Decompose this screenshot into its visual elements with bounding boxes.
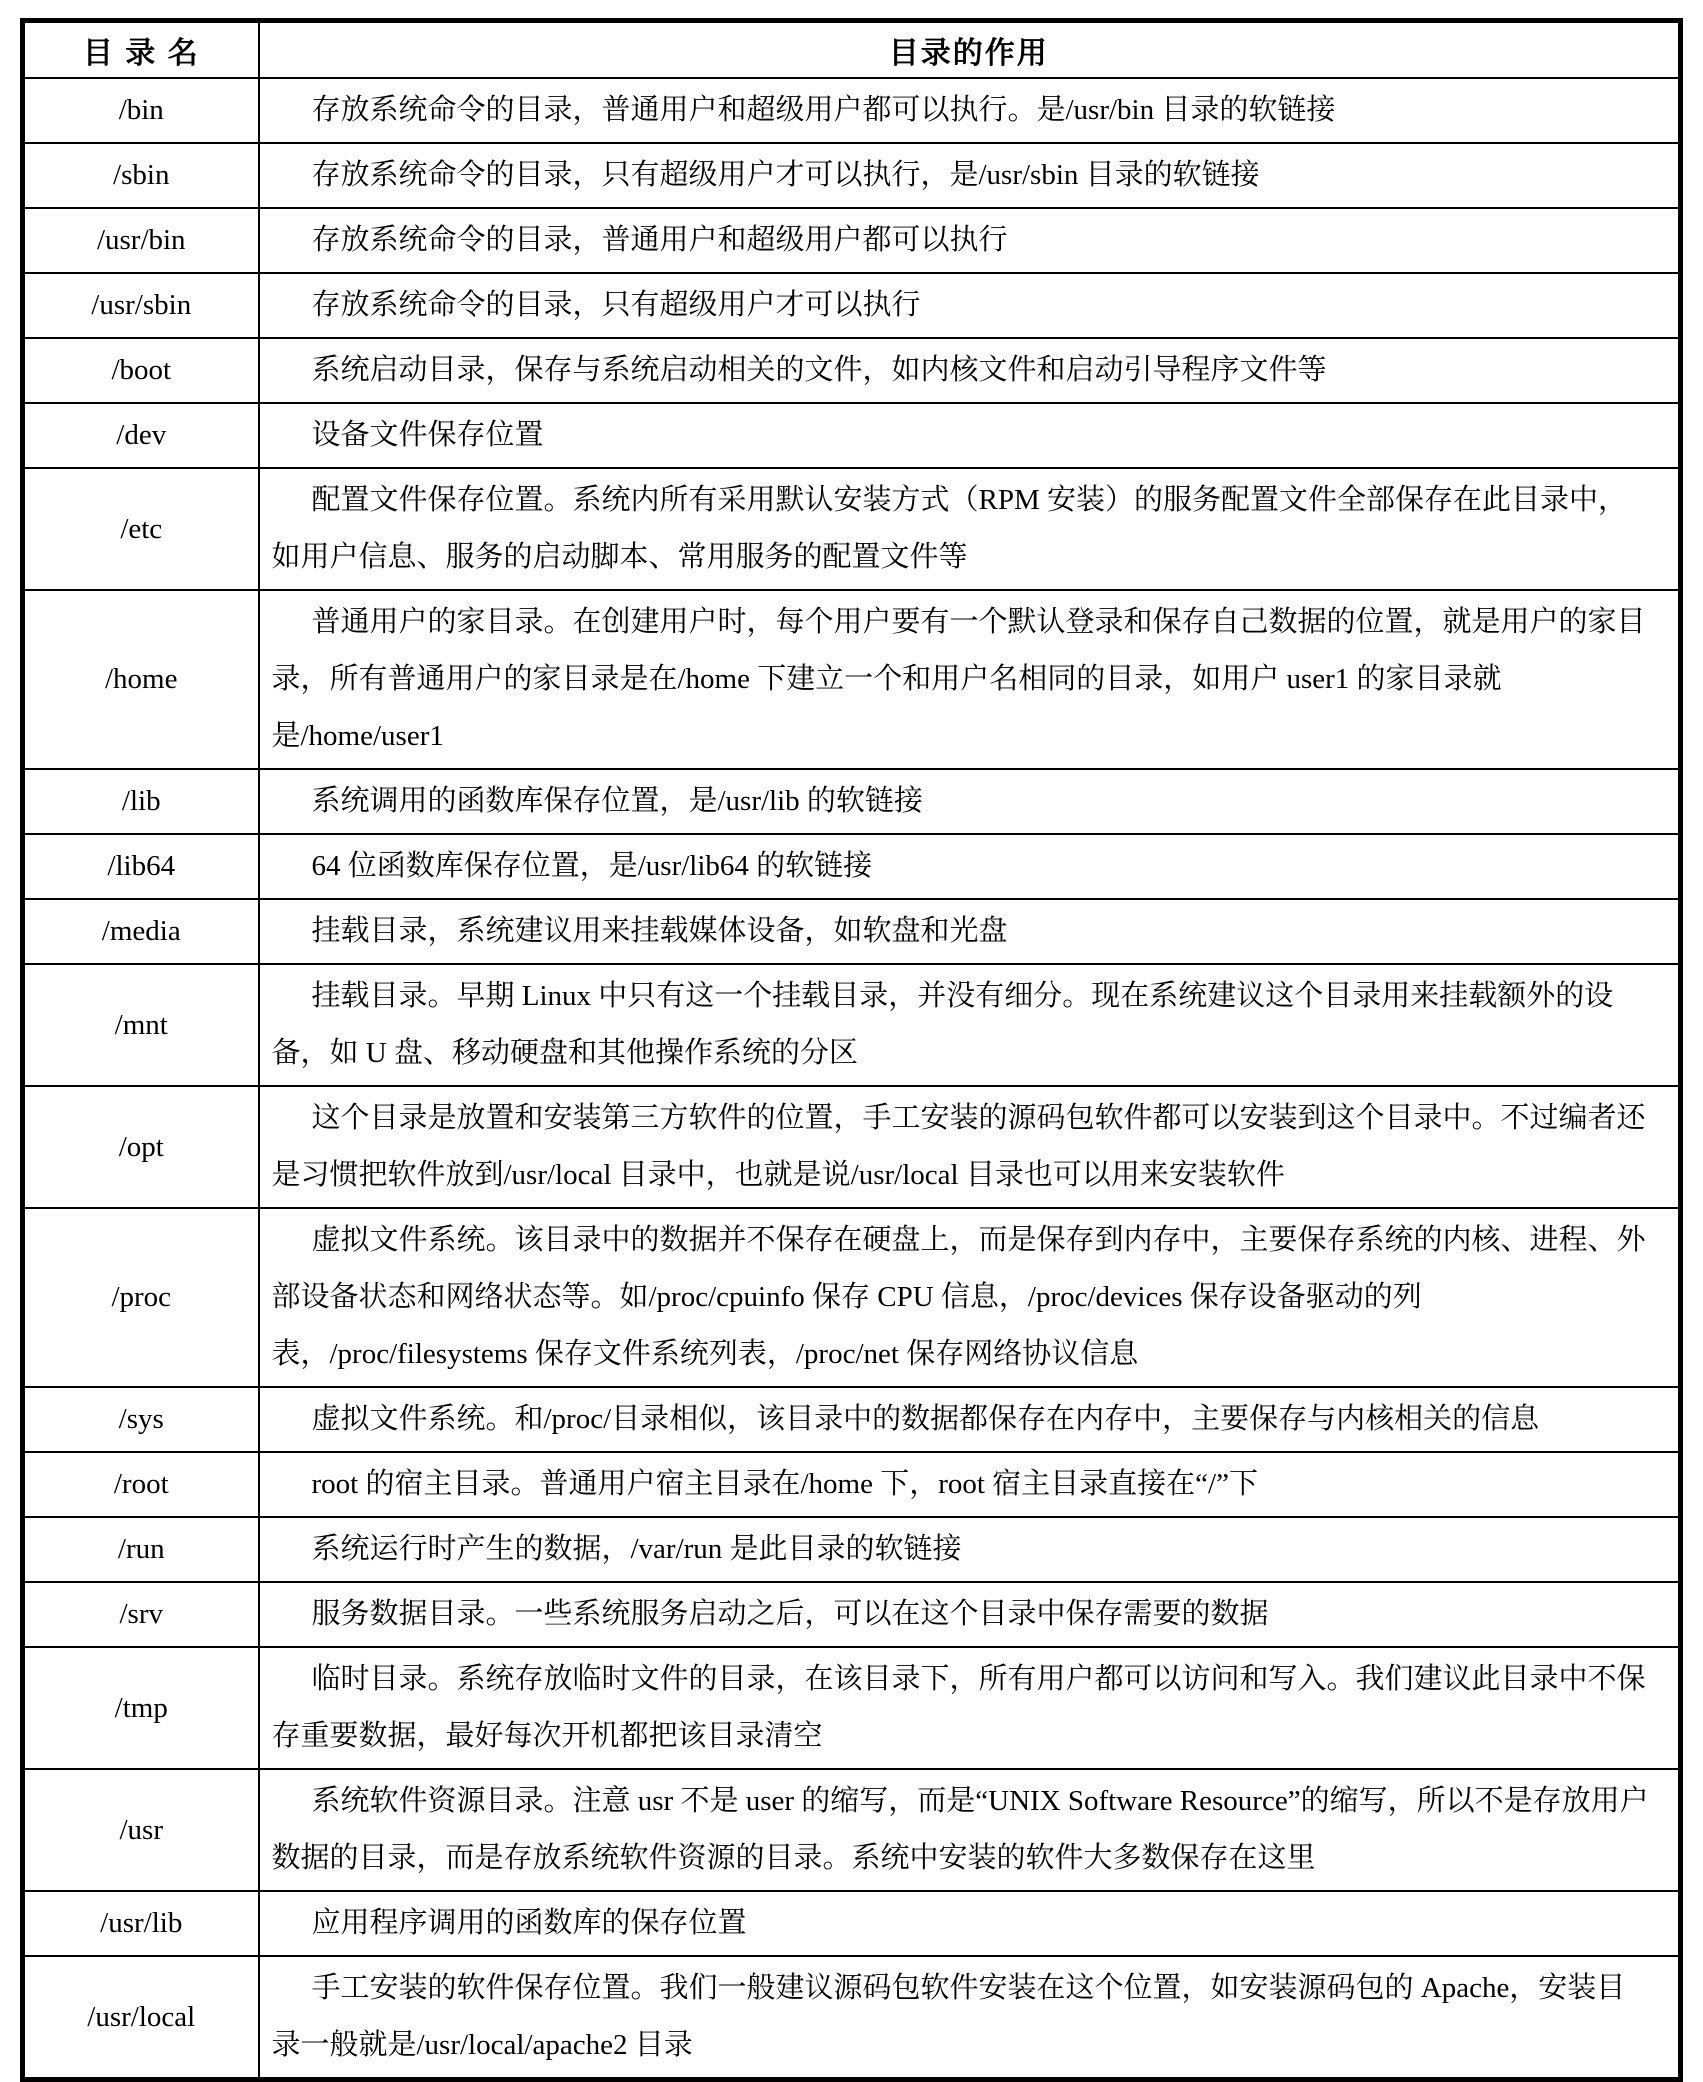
directory-desc-cell: 服务数据目录。一些系统服务启动之后，可以在这个目录中保存需要的数据 <box>259 1582 1681 1647</box>
directory-desc-cell: 64 位函数库保存位置，是/usr/lib64 的软链接 <box>259 834 1681 899</box>
directory-name-cell: /opt <box>23 1086 259 1208</box>
directory-name-cell: /usr/lib <box>23 1891 259 1956</box>
directory-desc-cell: 系统运行时产生的数据，/var/run 是此目录的软链接 <box>259 1517 1681 1582</box>
table-row: /run 系统运行时产生的数据，/var/run 是此目录的软链接 <box>23 1517 1681 1582</box>
directory-desc-cell: 这个目录是放置和安装第三方软件的位置，手工安装的源码包软件都可以安装到这个目录中… <box>259 1086 1681 1208</box>
directory-desc-cell: 手工安装的软件保存位置。我们一般建议源码包软件安装在这个位置，如安装源码包的 A… <box>259 1956 1681 2080</box>
directory-name-cell: /srv <box>23 1582 259 1647</box>
directory-desc-cell: 存放系统命令的目录，普通用户和超级用户都可以执行。是/usr/bin 目录的软链… <box>259 78 1681 143</box>
directory-name-cell: /usr/bin <box>23 208 259 273</box>
table-row: /tmp 临时目录。系统存放临时文件的目录，在该目录下，所有用户都可以访问和写入… <box>23 1647 1681 1769</box>
table-row: /usr/bin 存放系统命令的目录，普通用户和超级用户都可以执行 <box>23 208 1681 273</box>
table-row: /usr/local 手工安装的软件保存位置。我们一般建议源码包软件安装在这个位… <box>23 1956 1681 2080</box>
directory-name-cell: /usr/sbin <box>23 273 259 338</box>
directory-desc-cell: 虚拟文件系统。该目录中的数据并不保存在硬盘上，而是保存到内存中，主要保存系统的内… <box>259 1208 1681 1387</box>
directory-name-cell: /tmp <box>23 1647 259 1769</box>
directory-name-cell: /usr/local <box>23 1956 259 2080</box>
directory-name-cell: /bin <box>23 78 259 143</box>
directory-name-cell: /lib64 <box>23 834 259 899</box>
directory-desc-cell: 应用程序调用的函数库的保存位置 <box>259 1891 1681 1956</box>
table-row: /root root 的宿主目录。普通用户宿主目录在/home 下，root 宿… <box>23 1452 1681 1517</box>
document-page: 目 录 名 目录的作用 /bin 存放系统命令的目录，普通用户和超级用户都可以执… <box>0 0 1703 2048</box>
table-row: /proc 虚拟文件系统。该目录中的数据并不保存在硬盘上，而是保存到内存中，主要… <box>23 1208 1681 1387</box>
directory-name-cell: /mnt <box>23 964 259 1086</box>
table-row: /media 挂载目录，系统建议用来挂载媒体设备，如软盘和光盘 <box>23 899 1681 964</box>
table-row: /lib64 64 位函数库保存位置，是/usr/lib64 的软链接 <box>23 834 1681 899</box>
directory-name-cell: /home <box>23 590 259 769</box>
column-header-directory-purpose: 目录的作用 <box>259 21 1681 79</box>
directory-desc-cell: 配置文件保存位置。系统内所有采用默认安装方式（RPM 安装）的服务配置文件全部保… <box>259 468 1681 590</box>
table-row: /srv 服务数据目录。一些系统服务启动之后，可以在这个目录中保存需要的数据 <box>23 1582 1681 1647</box>
directory-desc-cell: 设备文件保存位置 <box>259 403 1681 468</box>
header-row: 目 录 名 目录的作用 <box>23 21 1681 79</box>
directory-desc-cell: 临时目录。系统存放临时文件的目录，在该目录下，所有用户都可以访问和写入。我们建议… <box>259 1647 1681 1769</box>
table-row: /etc 配置文件保存位置。系统内所有采用默认安装方式（RPM 安装）的服务配置… <box>23 468 1681 590</box>
table-row: /lib 系统调用的函数库保存位置，是/usr/lib 的软链接 <box>23 769 1681 834</box>
directory-name-cell: /run <box>23 1517 259 1582</box>
table-row: /usr/lib 应用程序调用的函数库的保存位置 <box>23 1891 1681 1956</box>
directory-desc-cell: 挂载目录。早期 Linux 中只有这一个挂载目录，并没有细分。现在系统建议这个目… <box>259 964 1681 1086</box>
table-row: /mnt 挂载目录。早期 Linux 中只有这一个挂载目录，并没有细分。现在系统… <box>23 964 1681 1086</box>
table-row: /bin 存放系统命令的目录，普通用户和超级用户都可以执行。是/usr/bin … <box>23 78 1681 143</box>
table-row: /boot 系统启动目录，保存与系统启动相关的文件，如内核文件和启动引导程序文件… <box>23 338 1681 403</box>
directory-desc-cell: 存放系统命令的目录，只有超级用户才可以执行 <box>259 273 1681 338</box>
directory-name-cell: /proc <box>23 1208 259 1387</box>
table-row: /usr 系统软件资源目录。注意 usr 不是 user 的缩写，而是“UNIX… <box>23 1769 1681 1891</box>
table-row: /usr/sbin 存放系统命令的目录，只有超级用户才可以执行 <box>23 273 1681 338</box>
directory-desc-cell: 普通用户的家目录。在创建用户时，每个用户要有一个默认登录和保存自己数据的位置，就… <box>259 590 1681 769</box>
directory-name-cell: /usr <box>23 1769 259 1891</box>
directory-desc-cell: 系统调用的函数库保存位置，是/usr/lib 的软链接 <box>259 769 1681 834</box>
table-row: /home 普通用户的家目录。在创建用户时，每个用户要有一个默认登录和保存自己数… <box>23 590 1681 769</box>
directory-name-cell: /sbin <box>23 143 259 208</box>
directory-desc-cell: 系统软件资源目录。注意 usr 不是 user 的缩写，而是“UNIX Soft… <box>259 1769 1681 1891</box>
table-row: /opt 这个目录是放置和安装第三方软件的位置，手工安装的源码包软件都可以安装到… <box>23 1086 1681 1208</box>
column-header-directory-name: 目 录 名 <box>23 21 259 79</box>
directory-table: 目 录 名 目录的作用 /bin 存放系统命令的目录，普通用户和超级用户都可以执… <box>20 18 1683 2082</box>
directory-desc-cell: 存放系统命令的目录，只有超级用户才可以执行，是/usr/sbin 目录的软链接 <box>259 143 1681 208</box>
directory-desc-cell: 系统启动目录，保存与系统启动相关的文件，如内核文件和启动引导程序文件等 <box>259 338 1681 403</box>
directory-name-cell: /dev <box>23 403 259 468</box>
directory-name-cell: /boot <box>23 338 259 403</box>
table-row: /sbin 存放系统命令的目录，只有超级用户才可以执行，是/usr/sbin 目… <box>23 143 1681 208</box>
directory-desc-cell: 存放系统命令的目录，普通用户和超级用户都可以执行 <box>259 208 1681 273</box>
directory-desc-cell: 挂载目录，系统建议用来挂载媒体设备，如软盘和光盘 <box>259 899 1681 964</box>
table-row: /dev 设备文件保存位置 <box>23 403 1681 468</box>
directory-name-cell: /sys <box>23 1387 259 1452</box>
directory-desc-cell: 虚拟文件系统。和/proc/目录相似，该目录中的数据都保存在内存中，主要保存与内… <box>259 1387 1681 1452</box>
directory-name-cell: /media <box>23 899 259 964</box>
directory-name-cell: /lib <box>23 769 259 834</box>
table-row: /sys 虚拟文件系统。和/proc/目录相似，该目录中的数据都保存在内存中，主… <box>23 1387 1681 1452</box>
directory-name-cell: /etc <box>23 468 259 590</box>
directory-desc-cell: root 的宿主目录。普通用户宿主目录在/home 下，root 宿主目录直接在… <box>259 1452 1681 1517</box>
directory-name-cell: /root <box>23 1452 259 1517</box>
